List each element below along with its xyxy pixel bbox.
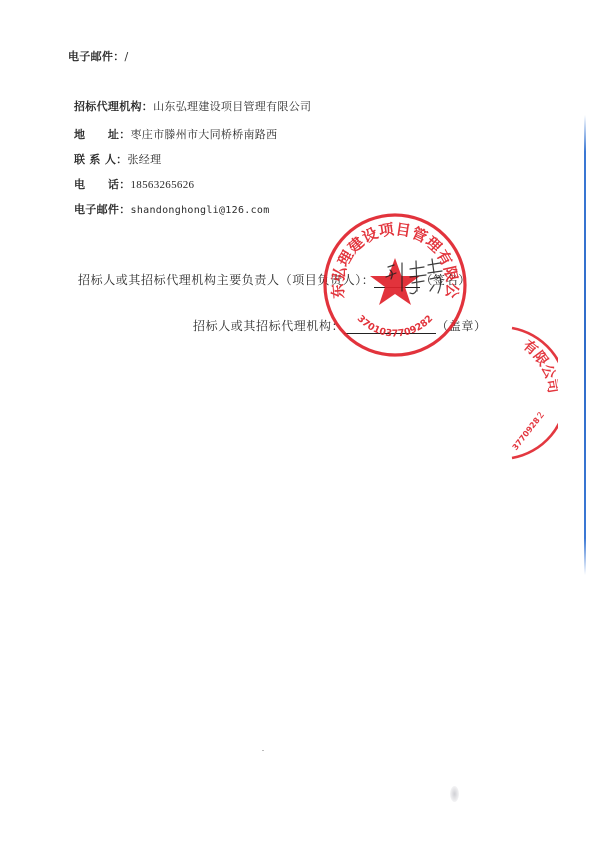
agency-phone-label: 电 话： [74,178,131,192]
partial-stamp-code: 3770928２ [511,409,547,452]
svg-text:有限公司: 有限公司 [520,337,558,395]
agency-phone-value: 18563265626 [131,179,195,191]
signature-field [374,274,420,288]
org-seal-line: 招标人或其招标代理机构：（盖章） [193,318,487,334]
scan-edge-line [584,115,586,575]
agency-name-label: 招标代理机构： [74,100,153,114]
agency-email-value: shandonghongli@126.com [131,205,270,216]
seal-field [344,320,436,334]
responsible-signature-line: 招标人或其招标代理机构主要负责人（项目负责人）：（签名） [78,272,471,288]
partial-stamp-text: 有限公司 [520,337,558,395]
agency-email-line: 电子邮件：shandonghongli@126.com [74,203,270,218]
agency-address-label: 地 址： [74,128,131,142]
responsible-label: 招标人或其招标代理机构主要负责人（项目负责人）： [78,273,374,287]
top-email-value: / [125,50,129,63]
agency-contact-line: 联 系 人：张经理 [74,153,161,167]
agency-name-value: 山东弘理建设项目管理有限公司 [153,100,311,113]
agency-phone-line: 电 话：18563265626 [74,178,194,192]
top-email-label: 电子邮件： [68,50,125,64]
agency-address-line: 地 址：枣庄市滕州市大同桥桥南路西 [74,128,277,142]
scan-smudge [450,786,459,802]
agency-name-line: 招标代理机构：山东弘理建设项目管理有限公司 [74,100,311,114]
org-suffix: （盖章） [436,319,486,333]
agency-contact-label: 联 系 人： [74,153,127,167]
agency-email-label: 电子邮件： [74,203,131,217]
agency-address-value: 枣庄市滕州市大同桥桥南路西 [131,128,278,141]
agency-contact-value: 张经理 [127,153,161,166]
partial-seal-stamp: 有限公司 3770928２ [498,322,558,462]
org-label: 招标人或其招标代理机构： [193,319,344,333]
top-email-line: 电子邮件：/ [68,50,129,64]
responsible-suffix: （签名） [420,273,470,287]
scan-dot [262,750,264,751]
